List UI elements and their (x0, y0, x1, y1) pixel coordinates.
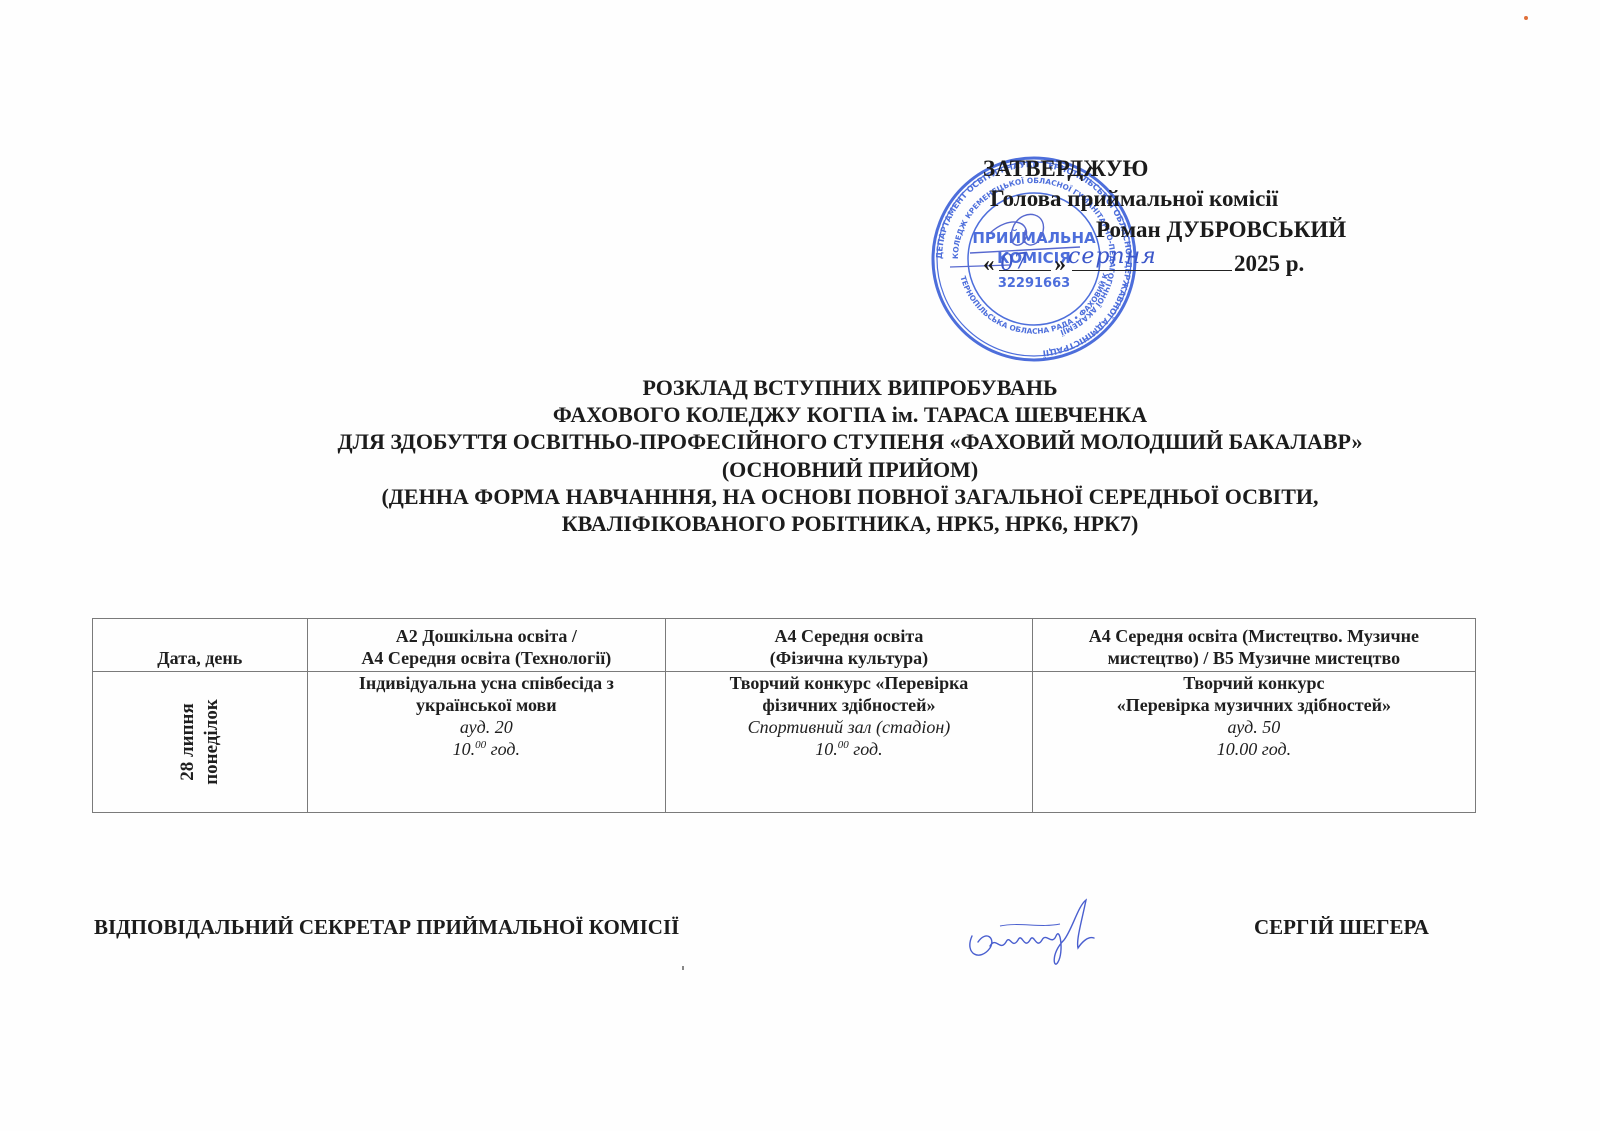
secretary-role: ВІДПОВІДАЛЬНИЙ СЕКРЕТАР ПРИЙМАЛЬНОЇ КОМІ… (94, 915, 679, 940)
handwritten-day: 07 (999, 249, 1029, 277)
time-main: 10. (815, 739, 838, 759)
table-row: 28 липня понеділок Індивідуальна усна сп… (93, 672, 1476, 813)
date-cell: 28 липня понеділок (93, 672, 308, 813)
exam-name: «Перевірка музичних здібностей» (1037, 694, 1471, 716)
schedule-table: Дата, день А2 Дошкільна освіта / А4 Сере… (92, 618, 1476, 813)
title-line: (ДЕННА ФОРМА НАВЧАНННЯ, НА ОСНОВІ ПОВНОЇ… (160, 483, 1540, 510)
exam-name: Індивідуальна усна співбесіда з (312, 672, 662, 694)
document-page: ДЕПАРТАМЕНТ ОСВІТИ І НАУКИ ТЕРНОПІЛЬСЬКО… (0, 0, 1600, 1131)
weekday-text: понеділок (200, 699, 224, 785)
exam-name: Творчий конкурс «Перевірка (670, 672, 1028, 694)
exam-cell-physical: Творчий конкурс «Перевірка фізичних здіб… (666, 672, 1033, 813)
header-physical-culture: А4 Середня освіта (Фізична культура) (666, 619, 1033, 672)
time-suffix: год. (486, 739, 520, 759)
document-title: РОЗКЛАД ВСТУПНИХ ВИПРОБУВАНЬ ФАХОВОГО КО… (160, 374, 1540, 537)
header-music: А4 Середня освіта (Мистецтво. Музичне ми… (1032, 619, 1475, 672)
title-line: ДЛЯ ЗДОБУТТЯ ОСВІТНЬО-ПРОФЕСІЙНОГО СТУПЕ… (160, 428, 1540, 455)
header-preschool-technology: А2 Дошкільна освіта / А4 Середня освіта … (307, 619, 666, 672)
header-date: Дата, день (93, 619, 308, 672)
time-main: 10. (453, 739, 476, 759)
header-label: А4 Середня освіта (Технології) (312, 647, 662, 669)
header-label: (Фізична культура) (670, 647, 1028, 669)
exam-cell-music: Творчий конкурс «Перевірка музичних здіб… (1032, 672, 1475, 813)
title-line: КВАЛІФІКОВАНОГО РОБІТНИКА, НРК5, НРК6, Н… (160, 510, 1540, 537)
exam-cell-preschool: Індивідуальна усна співбесіда з українсь… (307, 672, 666, 813)
exam-name: Творчий конкурс (1037, 672, 1471, 694)
date-day-label: 28 липня понеділок (176, 699, 224, 785)
date-year: 2025 р. (1234, 251, 1304, 276)
approval-block: ЗАТВЕРДЖУЮ Голова приймальної комісії Ро… (0, 0, 1600, 360)
header-date-label: Дата, день (157, 648, 242, 668)
exam-time: 10.00 год. (670, 738, 1028, 760)
exam-name: української мови (312, 694, 662, 716)
date-text: 28 липня (176, 699, 200, 785)
header-label: А4 Середня освіта (Мистецтво. Музичне (1037, 625, 1471, 647)
time-suffix: год. (849, 739, 883, 759)
scan-speck (682, 966, 684, 970)
time-minutes: 00 (838, 739, 849, 751)
exam-time: 10.00 год. (1037, 738, 1471, 760)
time-minutes: 00 (475, 739, 486, 751)
approval-heading: ЗАТВЕРДЖУЮ (983, 156, 1148, 182)
exam-room: ауд. 20 (312, 716, 662, 738)
date-close-quote: » (1055, 251, 1067, 276)
handwritten-month: серпня (1068, 244, 1157, 269)
header-label: А2 Дошкільна освіта / (312, 625, 662, 647)
approval-position: Голова приймальної комісії (990, 186, 1278, 212)
title-line: РОЗКЛАД ВСТУПНИХ ВИПРОБУВАНЬ (160, 374, 1540, 401)
date-open-quote: « (983, 251, 995, 276)
secretary-name: СЕРГІЙ ШЕГЕРА (1254, 915, 1429, 940)
approval-name: Роман ДУБРОВСЬКИЙ (1096, 217, 1346, 243)
title-line: ФАХОВОГО КОЛЕДЖУ КОГПА ім. ТАРАСА ШЕВЧЕН… (160, 401, 1540, 428)
header-label: А4 Середня освіта (670, 625, 1028, 647)
exam-room: ауд. 50 (1037, 716, 1471, 738)
exam-room: Спортивний зал (стадіон) (670, 716, 1028, 738)
signature-icon (960, 896, 1110, 976)
table-header-row: Дата, день А2 Дошкільна освіта / А4 Сере… (93, 619, 1476, 672)
title-line: (ОСНОВНИЙ ПРИЙОМ) (160, 456, 1540, 483)
exam-time: 10.00 год. (312, 738, 662, 760)
header-label: мистецтво) / В5 Музичне мистецтво (1037, 647, 1471, 669)
exam-name: фізичних здібностей» (670, 694, 1028, 716)
